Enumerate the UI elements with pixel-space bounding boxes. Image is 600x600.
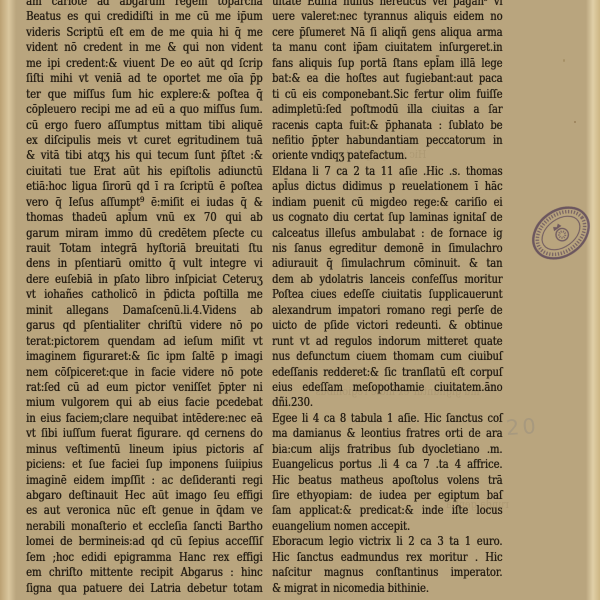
book-page: Hic incepit pdictu orbis mu gignuntur ex… [0,0,600,600]
text-line: adiurauit q̄ ſimulachrum cōminuit. & tan [272,255,502,270]
foxing-spot [574,121,576,123]
text-line: us cognato diu certat ſup laminas ignita… [272,209,502,224]
text-line: oriente vndiqʒ patefactum. [272,147,502,162]
text-line: em chriſto mittente recipit Abgarus : hi… [26,564,263,579]
text-line: naſcitur magnus conſtantinus imperator. [272,564,502,579]
text-line: Beatus es qui credidiſti in me cū me ip̄… [26,8,263,23]
text-line: Hic ſanctus eadmundus rex moritur . Hic [272,549,502,564]
text-line: ſire ethyopiam: de iudea per egiptum baſ [272,487,502,502]
text-line: Egee li 4 ca 8 tabula 1 aſie. Hic ſanctu… [272,410,502,425]
text-line: ſem ;hoc edidi epigramma Hanc rex effigi [26,549,263,564]
text-line: garus qd pſentialiter chriſtū videre nō … [26,317,263,332]
text-line: cōpleuero recipi me ad eū a quo miſſus ſ… [26,101,263,116]
text-line: etiā:hoc ligua ſirorū qd ī ra ſcriptū ē … [26,178,263,193]
text-line: alexandrum impatori romano regi perſe de [272,302,502,317]
text-line: vero q̄ Ieſus aſſumpt⁹ ē:miſit ei iudas … [26,194,263,209]
text-line: indiam puenit cū migdeo rege:& cariſio e… [272,194,502,209]
text-line: euangelium nomen accepit. [272,518,502,533]
foxing-spot [563,59,565,62]
text-line: dñi.230. [272,394,502,409]
text-line: ciuitati tue Erat aūt his epiſtolis adiu… [26,163,263,178]
text-line: videris Scriptū eſt em de me quia hi q̄ … [26,24,263,39]
text-line: minus veſtimentū lineum ipius pictoris a… [26,441,263,456]
text-line: dere euſebiā in pſato libro inſpiciat Ce… [26,271,263,286]
text-line: adimpletū:ſed poſtmodū illa ciuitas a ſa… [272,101,502,116]
page-edge-left [0,0,16,600]
text-line: Eboracum legio victrix li 2 ca 3 ta 1 eu… [272,533,502,548]
text-line: uicto de pſide victori redeunti. & obtin… [272,317,502,332]
text-line: rat:ſed cū ad eum pictor veniſſet p̄pter… [26,379,263,394]
text-line: ſiſti mihi vt veniā ad te oportet me oīa… [26,70,263,85]
text-line: Euangelicus portus .li 4 ca 7 .ta 4 affr… [272,456,502,471]
text-line: uere valeret:nec tyrannus aliquis eidem … [272,8,502,23]
text-line: es aut veronica nūc eſt genue in q̄dam v… [26,502,263,517]
text-line: nem cōſpiceret:que in facie videre nō po… [26,364,263,379]
text-line: ex diſcipulis meis vt curet egritudinem … [26,132,263,147]
text-line: mium vulgorem qui ab eius facie pcedebat [26,394,263,409]
text-line: me ipi credent:& viuent De eo aūt qd ſcr… [26,55,263,70]
text-line: & vitā tibi atqʒ his qui tecum ſunt p̄ſt… [26,147,263,162]
text-line: am cariotē ad abgarum regem toparcha [26,0,263,8]
text-line: ſigna qua patuere dei Latria debetur tot… [26,580,263,595]
text-line: thomas thadeū apl̄um vnū ex 70 qui ab [26,209,263,224]
text-line: calceatus illeſus ambulabat : de fornace… [272,225,502,240]
text-line: garum miram immo dū credētem pſecte cu [26,225,263,240]
crown-icon [552,223,562,232]
text-line: dem ab ydolatris lanceis confeſſus morit… [272,271,502,286]
text-line: imaginem figuraret:& ſic ipm ſaltē p ima… [26,348,263,363]
library-stamp [513,185,600,282]
text-line: nis ſanus egreditur demonē in ſimulachro [272,240,502,255]
text-line: ti cū eis componebant.Sic fertur olim fu… [272,86,502,101]
text-line: vt ſibi iuſſum fuerat figurare. qd cerne… [26,425,263,440]
text-line: fans aliquis ſup portā ſtans epl̄am illā… [272,55,502,70]
stamp-inner-ring [536,209,586,256]
text-line: bat:& ea die hoſtes aut fugiebant:aut pa… [272,70,502,85]
text-line: bia:cum alijs fratribus ſub dyocletiano … [272,441,502,456]
pencil-annotation: 20 [505,414,539,440]
text-line: vt iohañes catholicō in p̄dicta poſtilla… [26,286,263,301]
text-line: lomei de bermineis:ad qd cū ſepius acceſ… [26,533,263,548]
text-column-right: uitate Ediſſa nullus hereticus vel pagan… [272,0,502,595]
text-line: Poſtea ciues edeſſe ciuitatis ſupplicaue… [272,286,502,301]
stamp-outer-ring [524,197,599,269]
text-line: cū ergo fuero aſſumptus mittam tibi aliq… [26,117,263,132]
text-line: nerabili monaſterio et eccleſia ſancti B… [26,518,263,533]
text-line: terat:pictorem quendam ad ieſum miſit vt [26,333,263,348]
text-line: eius edeſſam meſopothamie ciuitatem.āno [272,379,502,394]
text-line: ſam applicat:& predicat:& inde iſte locu… [272,502,502,517]
text-line: racenis capta fuit:& p̄phanata : ſublato… [272,117,502,132]
text-line: vident nō credent in me & qui non vident [26,39,263,54]
text-line: minit allegans Damaſcenū.li.4.Videns ab [26,302,263,317]
text-line: rauit Totam integrā hyſtoriā breuitati ſ… [26,240,263,255]
page-edge-right [586,0,600,600]
text-line: ta manu cont ip̄am ciuitatem inſurgeret.… [272,39,502,54]
stamp-emblem-core [558,230,567,239]
text-line: & migrat in nicomedia bithinie. [272,580,502,595]
text-line: ma damianus & leontius fratres orti de a… [272,425,502,440]
text-line: abgaro deſtinauit Hec aūt imago ſeu effi… [26,487,263,502]
text-line: dens in pſentiarū omitto q̄ vult integre… [26,255,263,270]
library-stamp-graphic [513,185,600,282]
text-line: nefitio p̄pter habundantiam peccatorum i… [272,132,502,147]
text-line: nus defunctum ciuem thomam cum ciuibuſ [272,348,502,363]
text-line: apl̄us dictus didimus p reuelationem ī h… [272,178,502,193]
text-line: Hic beatus matheus apoſtolus volens trā [272,472,502,487]
text-line: in eius faciem;clare nequibat intēdere:n… [26,410,263,425]
text-column-left: am cariotē ad abgarum regem toparchaBeat… [26,0,263,595]
text-line: ter que miſſus ſum hic explere:& poſtea … [26,86,263,101]
text-line: cere p̄ſumeret Nā ſi aliqñ gens aliqua a… [272,24,502,39]
text-line: uitate Ediſſa nullus hereticus vel pagan… [272,0,502,8]
text-line: Eldana li 7 ca 2 ta 11 aſie .Hic .s. tho… [272,163,502,178]
text-line: piciens: et ſue faciei ſup imponens ſuii… [26,456,263,471]
text-line: imaginē eidem impſſit : ac deſideranti r… [26,472,263,487]
text-line: edeſſanis redderet:& ſic tranſlatū eſt c… [272,364,502,379]
text-line: runt vt ad regulos indorum mitteret quat… [272,333,502,348]
